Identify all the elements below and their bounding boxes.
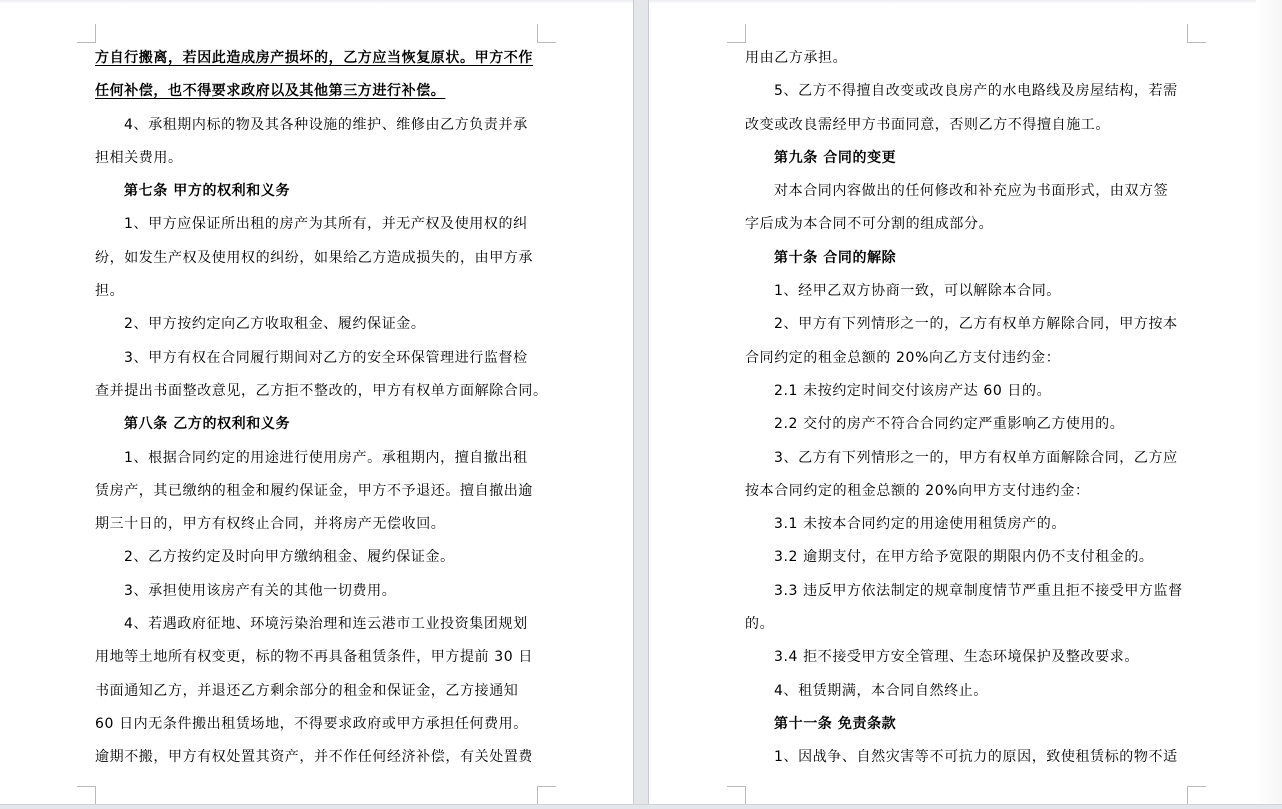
paragraph-line: 担相关费用。 <box>95 142 540 175</box>
paragraph-line: 60 日内无条件搬出租赁场地，不得要求政府或甲方承担任何费用。 <box>95 708 540 741</box>
paragraph-line: 3.3 违反甲方依法制定的规章制度情节严重且拒不接受甲方监督 <box>745 575 1190 608</box>
horizontal-scrollbar[interactable] <box>0 804 1282 809</box>
margin-mark-bottom-right <box>537 786 556 805</box>
section-heading-article-11: 第十一条 免责条款 <box>745 708 1190 741</box>
section-heading-article-10: 第十条 合同的解除 <box>745 242 1190 275</box>
paragraph-line: 4、若遇政府征地、环境污染治理和连云港市工业投资集团规划 <box>95 608 540 641</box>
right-edge-shadow <box>1256 0 1282 804</box>
paragraph-line: 3、乙方有下列情形之一的，甲方有权单方面解除合同，乙方应 <box>745 442 1190 475</box>
paragraph-line: 用地等土地所有权变更，标的物不再具备租赁条件，甲方提前 30 日 <box>95 641 540 674</box>
paragraph-line: 按本合同约定的租金总额的 20%向甲方支付违约金： <box>745 475 1190 508</box>
paragraph-line: 3、承担使用该房产有关的其他一切费用。 <box>95 575 540 608</box>
margin-mark-top-right <box>537 24 556 43</box>
paragraph-line: 3、甲方有权在合同履行期间对乙方的安全环保管理进行监督检 <box>95 342 540 375</box>
paragraph-line: 纷，如发生产权及使用权的纠纷，如果给乙方造成损失的，由甲方承 <box>95 242 540 275</box>
margin-mark-top-right <box>1187 24 1206 43</box>
paragraph-line: 合同约定的租金总额的 20%向乙方支付违约金： <box>745 342 1190 375</box>
margin-mark-top-left <box>727 24 746 43</box>
paragraph-line: 字后成为本合同不可分割的组成部分。 <box>745 208 1190 241</box>
paragraph-line: 期三十日的，甲方有权终止合同，并将房产无偿收回。 <box>95 508 540 541</box>
paragraph-line: 逾期不搬，甲方有权处置其资产，并不作任何经济补偿，有关处置费 <box>95 741 540 774</box>
paragraph-line: 1、因战争、自然灾害等不可抗力的原因，致使租赁标的物不适 <box>745 741 1190 774</box>
section-heading-article-9: 第九条 合同的变更 <box>745 142 1190 175</box>
section-heading-article-8: 第八条 乙方的权利和义务 <box>95 408 540 441</box>
paragraph-line: 的。 <box>745 608 1190 641</box>
paragraph-line: 方自行搬离，若因此造成房产损坏的，乙方应当恢复原状。甲方不作 <box>95 42 540 75</box>
paragraph-line: 1、经甲乙双方协商一致，可以解除本合同。 <box>745 275 1190 308</box>
margin-mark-bottom-left <box>727 786 746 805</box>
paragraph-line: 2、甲方有下列情形之一的，乙方有权单方解除合同，甲方按本 <box>745 308 1190 341</box>
document-page-left[interactable]: 方自行搬离，若因此造成房产损坏的，乙方应当恢复原状。甲方不作 任何补偿，也不得要… <box>0 0 633 804</box>
margin-mark-top-left <box>77 24 96 43</box>
paragraph-line: 担。 <box>95 275 540 308</box>
document-viewport: 方自行搬离，若因此造成房产损坏的，乙方应当恢复原状。甲方不作 任何补偿，也不得要… <box>0 0 1282 809</box>
paragraph-line: 4、承租期内标的物及其各种设施的维护、维修由乙方负责并承 <box>95 109 540 142</box>
paragraph-line: 改变或改良需经甲方书面同意，否则乙方不得擅自施工。 <box>745 109 1190 142</box>
margin-mark-bottom-left <box>77 786 96 805</box>
paragraph-line: 2.2 交付的房产不符合合同约定严重影响乙方使用的。 <box>745 408 1190 441</box>
section-heading-article-7: 第七条 甲方的权利和义务 <box>95 175 540 208</box>
paragraph-line: 5、乙方不得擅自改变或改良房产的水电路线及房屋结构，若需 <box>745 75 1190 108</box>
paragraph-line: 1、甲方应保证所出租的房产为其所有，并无产权及使用权的纠 <box>95 208 540 241</box>
paragraph-line: 2、甲方按约定向乙方收取租金、履约保证金。 <box>95 308 540 341</box>
paragraph-line: 3.1 未按本合同约定的用途使用租赁房产的。 <box>745 508 1190 541</box>
paragraph-line: 用由乙方承担。 <box>745 42 1190 75</box>
paragraph-line: 对本合同内容做出的任何修改和补充应为书面形式，由双方签 <box>745 175 1190 208</box>
paragraph-line: 赁房产，其已缴纳的租金和履约保证金，甲方不予退还。擅自撤出逾 <box>95 475 540 508</box>
paragraph-line: 任何补偿，也不得要求政府以及其他第三方进行补偿。 <box>95 75 540 108</box>
paragraph-line: 2.1 未按约定时间交付该房产达 60 日的。 <box>745 375 1190 408</box>
margin-mark-bottom-right <box>1187 786 1206 805</box>
page-text-right: 用由乙方承担。 5、乙方不得擅自改变或改良房产的水电路线及房屋结构，若需 改变或… <box>745 42 1190 775</box>
page-text-left: 方自行搬离，若因此造成房产损坏的，乙方应当恢复原状。甲方不作 任何补偿，也不得要… <box>95 42 540 775</box>
paragraph-line: 2、乙方按约定及时向甲方缴纳租金、履约保证金。 <box>95 541 540 574</box>
paragraph-line: 3.2 逾期支付，在甲方给予宽限的期限内仍不支付租金的。 <box>745 541 1190 574</box>
paragraph-line: 书面通知乙方，并退还乙方剩余部分的租金和保证金，乙方接通知 <box>95 675 540 708</box>
paragraph-line: 4、租赁期满，本合同自然终止。 <box>745 675 1190 708</box>
document-page-right[interactable]: 用由乙方承担。 5、乙方不得擅自改变或改良房产的水电路线及房屋结构，若需 改变或… <box>649 0 1256 804</box>
paragraph-line: 查并提出书面整改意见，乙方拒不整改的，甲方有权单方面解除合同。 <box>95 375 540 408</box>
paragraph-line: 3.4 拒不接受甲方安全管理、生态环境保护及整改要求。 <box>745 641 1190 674</box>
paragraph-line: 1、根据合同约定的用途进行使用房产。承租期内，擅自撤出租 <box>95 442 540 475</box>
page-separator <box>633 0 649 805</box>
